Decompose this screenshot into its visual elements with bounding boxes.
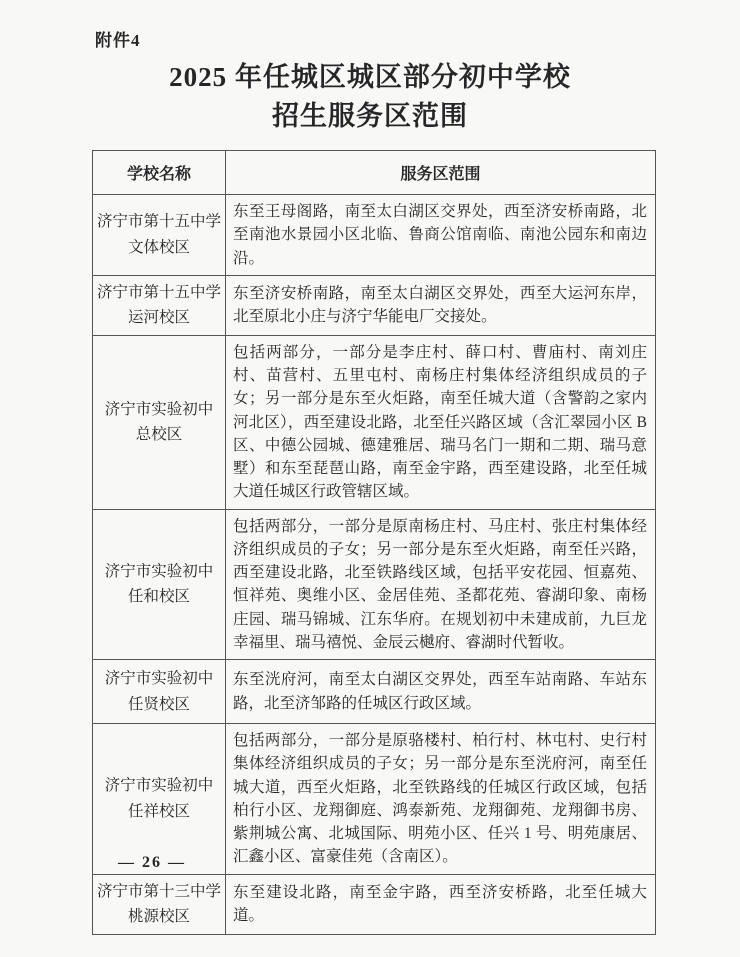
table-row: 济宁市第十五中学 文体校区 东至王母阁路，南至太白湖区交界处，西至济安桥南路，北…	[93, 195, 656, 276]
school-name-line2: 总校区	[96, 422, 222, 448]
table-row: 济宁市实验初中 任和校区 包括两部分，一部分是原南杨庄村、马庄村、张庄村集体经济…	[93, 509, 656, 660]
page-title-line2: 招生服务区范围	[0, 97, 740, 136]
area-cell: 东至洸府河，南至太白湖区交界处，西至车站南路、车站东路，北至济邹路的任城区行政区…	[226, 660, 656, 724]
school-cell: 济宁市实验初中 任祥校区	[93, 724, 226, 875]
school-name-line2: 任和校区	[96, 584, 222, 610]
area-cell: 包括两部分，一部分是原骆楼村、柏行村、林屯村、史行村集体经济组织成员的子女；另一…	[226, 724, 656, 875]
area-cell: 包括两部分，一部分是李庄村、薛口村、曹庙村、南刘庄村、苗营村、五里屯村、南杨庄村…	[226, 335, 656, 509]
school-name-line2: 运河校区	[96, 305, 222, 331]
school-cell: 济宁市实验初中 总校区	[93, 335, 226, 509]
school-name-line1: 济宁市实验初中	[96, 397, 222, 423]
page-title-line1: 2025 年任城区城区部分初中学校	[0, 58, 740, 97]
table-row: 济宁市第十三中学 桃源校区 东至建设北路，南至金宇路，西至济安桥路，北至任城大道…	[93, 874, 656, 934]
school-name-line2: 文体校区	[96, 235, 222, 261]
area-cell: 东至王母阁路，南至太白湖区交界处，西至济安桥南路，北至南池水景园小区北临、鲁商公…	[226, 195, 656, 276]
school-name-line2: 任贤校区	[96, 692, 222, 718]
school-name-line2: 桃源校区	[96, 904, 222, 930]
header-service-area: 服务区范围	[226, 151, 656, 195]
school-cell: 济宁市实验初中 任贤校区	[93, 660, 226, 724]
school-name-line1: 济宁市实验初中	[96, 559, 222, 585]
school-name-line1: 济宁市实验初中	[96, 666, 222, 692]
school-cell: 济宁市实验初中 任和校区	[93, 509, 226, 660]
table-header-row: 学校名称 服务区范围	[93, 151, 656, 195]
school-name-line1: 济宁市第十五中学	[96, 280, 222, 306]
school-name-line1: 济宁市实验初中	[96, 773, 222, 799]
table-row: 济宁市实验初中 任贤校区 东至洸府河，南至太白湖区交界处，西至车站南路、车站东路…	[93, 660, 656, 724]
school-cell: 济宁市第十三中学 桃源校区	[93, 874, 226, 934]
area-cell: 包括两部分，一部分是原南杨庄村、马庄村、张庄村集体经济组织成员的子女；另一部分是…	[226, 509, 656, 660]
attachment-label: 附件4	[95, 26, 141, 51]
table-row: 济宁市第十五中学 运河校区 东至济安桥南路，南至太白湖区交界处，西至大运河东岸，…	[93, 275, 656, 335]
school-name-line1: 济宁市第十三中学	[96, 879, 222, 905]
table-row: 济宁市实验初中 总校区 包括两部分，一部分是李庄村、薛口村、曹庙村、南刘庄村、苗…	[93, 335, 656, 509]
school-cell: 济宁市第十五中学 文体校区	[93, 195, 226, 276]
area-cell: 东至济安桥南路，南至太白湖区交界处，西至大运河东岸，北至原北小庄与济宁华能电厂交…	[226, 275, 656, 335]
page-title: 2025 年任城区城区部分初中学校 招生服务区范围	[0, 58, 740, 136]
school-cell: 济宁市第十五中学 运河校区	[93, 275, 226, 335]
table-row: 济宁市实验初中 任祥校区 包括两部分，一部分是原骆楼村、柏行村、林屯村、史行村集…	[93, 724, 656, 875]
document-page: 附件4 2025 年任城区城区部分初中学校 招生服务区范围 学校名称 服务区范围…	[0, 0, 740, 957]
page-number: — 26 —	[118, 854, 186, 872]
area-cell: 东至建设北路，南至金宇路，西至济安桥路，北至任城大道。	[226, 874, 656, 934]
school-name-line1: 济宁市第十五中学	[96, 209, 222, 235]
service-area-table: 学校名称 服务区范围 济宁市第十五中学 文体校区 东至王母阁路，南至太白湖区交界…	[92, 150, 656, 935]
school-name-line2: 任祥校区	[96, 799, 222, 825]
header-school-name: 学校名称	[93, 151, 226, 195]
